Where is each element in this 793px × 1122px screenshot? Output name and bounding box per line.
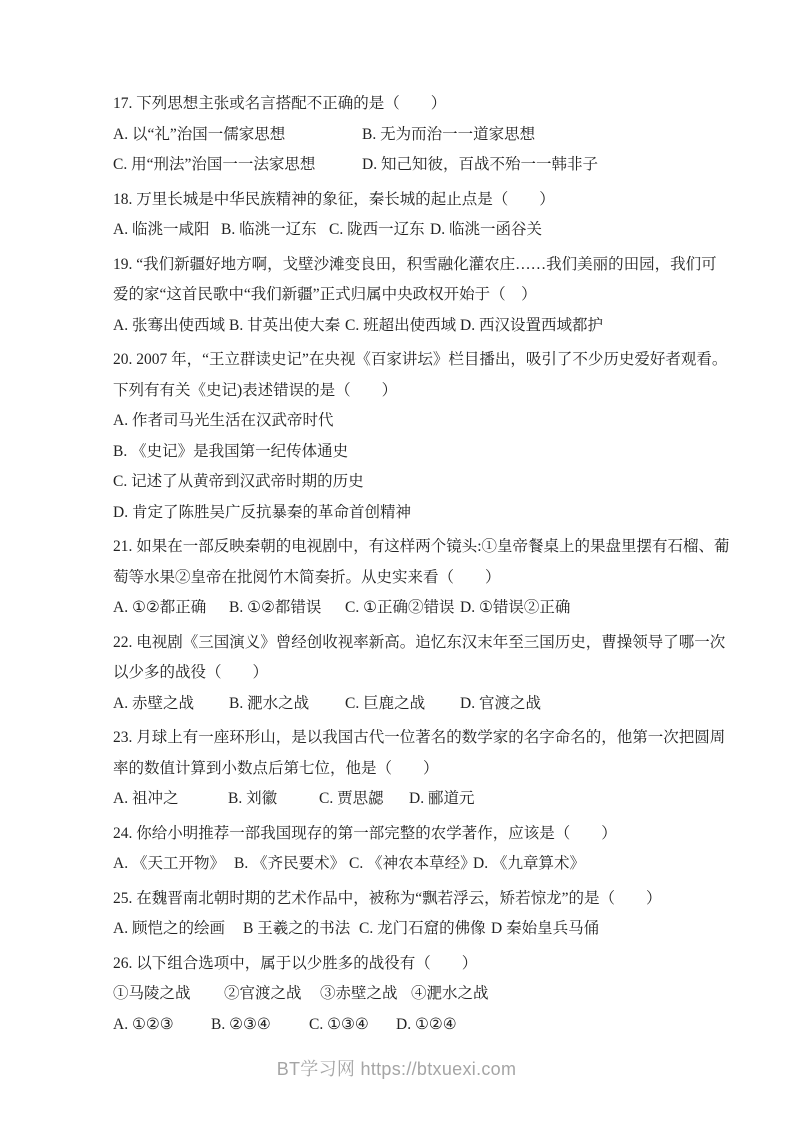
- question-18-options-row: A. 临洮一咸阳 B. 临洮一辽东 C. 陇西一辽东 D. 临洮一函谷关: [113, 215, 713, 246]
- question-26-stem: 26. 以下组合选项中，属于以少胜多的战役有（ ）: [113, 949, 713, 980]
- question-24-options-row: A. 《天工开物》 B. 《齐民要术》 C. 《神农本草经》 D. 《九章算术》: [113, 849, 713, 880]
- question-23-option-d: D. 郦道元: [409, 784, 713, 815]
- question-19: 19. “我们新疆好地方啊，戈壁沙滩变良田，积雪融化灌农庄……我们美丽的田园，我…: [113, 250, 713, 342]
- question-17: 17. 下列思想主张或名言搭配不正确的是（ ） A. 以“礼”治国一儒家思想 B…: [113, 89, 713, 181]
- question-17-options-row-cd: C. 用“刑法”治国一一法家思想 D. 知己知彼，百战不殆一一韩非子: [113, 150, 713, 181]
- question-24-option-c: C. 《神农本草经》: [349, 849, 473, 880]
- question-18-option-b: B. 临洮一辽东: [221, 215, 329, 246]
- question-26-options-row: A. ①②③ B. ②③④ C. ①③④ D. ①②④: [113, 1010, 713, 1041]
- question-24-option-b: B. 《齐民要术》: [234, 849, 349, 880]
- question-24-stem: 24. 你给小明推荐一部我国现存的第一部完整的农学著作，应该是（ ）: [113, 819, 713, 850]
- watermark-text: BT学习网 https://btxuexi.com: [277, 1059, 517, 1079]
- question-22-option-d: D. 官渡之战: [460, 689, 713, 720]
- question-21-options-row: A. ①②都正确 B. ①②都错误 C. ①正确②错误 D. ①错误②正确: [113, 593, 713, 624]
- question-19-stem: 19. “我们新疆好地方啊，戈壁沙滩变良田，积雪融化灌农庄……我们美丽的田园，我…: [113, 250, 713, 311]
- question-17-option-b: B. 无为而治一一道家思想: [362, 120, 713, 151]
- question-22-stem: 22. 电视剧《三国演义》曾经创收视率新高。追忆东汉末年至三国历史，曹操领导了哪…: [113, 628, 713, 689]
- question-18-option-a: A. 临洮一咸阳: [113, 215, 221, 246]
- question-26-item-2: ②官渡之战: [224, 979, 320, 1010]
- question-22-option-c: C. 巨鹿之战: [345, 689, 460, 720]
- question-23-option-c: C. 贾思勰: [319, 784, 409, 815]
- question-19-option-b: B. 甘英出使大秦: [229, 311, 345, 342]
- exam-content: 17. 下列思想主张或名言搭配不正确的是（ ） A. 以“礼”治国一儒家思想 B…: [113, 89, 713, 1040]
- question-19-option-d: D. 西汉设置西域都护: [460, 311, 713, 342]
- question-20-option-b: B. 《史记》是我国第一纪传体通史: [113, 437, 713, 468]
- question-26-option-b: B. ②③④: [211, 1010, 309, 1041]
- question-21: 21. 如果在一部反映秦朝的电视剧中，有这样两个镜头:①皇帝餐桌上的果盘里摆有石…: [113, 532, 713, 624]
- question-25-stem: 25. 在魏晋南北朝时期的艺术作品中，被称为“飘若浮云，矫若惊龙”的是（ ）: [113, 884, 713, 915]
- question-25-option-b: B 王羲之的书法: [243, 914, 359, 945]
- question-21-option-a: A. ①②都正确: [113, 593, 229, 624]
- question-22-option-b: B. 淝水之战: [229, 689, 345, 720]
- question-22: 22. 电视剧《三国演义》曾经创收视率新高。追忆东汉末年至三国历史，曹操领导了哪…: [113, 628, 713, 720]
- question-20-option-c: C. 记述了从黄帝到汉武帝时期的历史: [113, 467, 713, 498]
- question-20-option-d: D. 肯定了陈胜吴广反抗暴秦的革命首创精神: [113, 498, 713, 529]
- question-26: 26. 以下组合选项中，属于以少胜多的战役有（ ） ①马陵之战 ②官渡之战 ③赤…: [113, 949, 713, 1041]
- question-25: 25. 在魏晋南北朝时期的艺术作品中，被称为“飘若浮云，矫若惊龙”的是（ ） A…: [113, 884, 713, 945]
- question-22-option-a: A. 赤壁之战: [113, 689, 229, 720]
- question-23-options-row: A. 祖冲之 B. 刘徽 C. 贾思勰 D. 郦道元: [113, 784, 713, 815]
- question-18: 18. 万里长城是中华民族精神的象征，秦长城的起止点是（ ） A. 临洮一咸阳 …: [113, 185, 713, 246]
- question-23-stem: 23. 月球上有一座环形山，是以我国古代一位著名的数学家的名字命名的，他第一次把…: [113, 723, 713, 784]
- question-21-option-c: C. ①正确②错误: [345, 593, 460, 624]
- question-18-stem: 18. 万里长城是中华民族精神的象征，秦长城的起止点是（ ）: [113, 185, 713, 216]
- question-26-option-a: A. ①②③: [113, 1010, 211, 1041]
- question-17-option-d: D. 知己知彼，百战不殆一一韩非子: [362, 150, 713, 181]
- question-20-option-a: A. 作者司马光生活在汉武帝时代: [113, 406, 713, 437]
- question-24: 24. 你给小明推荐一部我国现存的第一部完整的农学著作，应该是（ ） A. 《天…: [113, 819, 713, 880]
- question-19-options-row: A. 张骞出使西域 B. 甘英出使大秦 C. 班超出使西域 D. 西汉设置西域都…: [113, 311, 713, 342]
- question-19-option-a: A. 张骞出使西域: [113, 311, 229, 342]
- question-26-items-row: ①马陵之战 ②官渡之战 ③赤壁之战 ④淝水之战: [113, 979, 713, 1010]
- question-23: 23. 月球上有一座环形山，是以我国古代一位著名的数学家的名字命名的，他第一次把…: [113, 723, 713, 815]
- question-23-option-b: B. 刘徽: [228, 784, 319, 815]
- question-17-option-a: A. 以“礼”治国一儒家思想: [113, 120, 362, 151]
- question-22-options-row: A. 赤壁之战 B. 淝水之战 C. 巨鹿之战 D. 官渡之战: [113, 689, 713, 720]
- question-26-item-4: ④淝水之战: [411, 979, 713, 1010]
- question-25-option-d: D 秦始皇兵马俑: [491, 914, 713, 945]
- question-17-stem: 17. 下列思想主张或名言搭配不正确的是（ ）: [113, 89, 713, 120]
- question-25-options-row: A. 顾恺之的绘画 B 王羲之的书法 C. 龙门石窟的佛像 D 秦始皇兵马俑: [113, 914, 713, 945]
- question-18-option-c: C. 陇西一辽东: [329, 215, 430, 246]
- question-19-option-c: C. 班超出使西域: [345, 311, 460, 342]
- question-23-option-a: A. 祖冲之: [113, 784, 228, 815]
- question-25-option-a: A. 顾恺之的绘画: [113, 914, 243, 945]
- question-24-option-d: D. 《九章算术》: [473, 849, 713, 880]
- question-17-option-c: C. 用“刑法”治国一一法家思想: [113, 150, 362, 181]
- question-26-item-3: ③赤壁之战: [320, 979, 411, 1010]
- question-26-item-1: ①马陵之战: [113, 979, 224, 1010]
- exam-page: 17. 下列思想主张或名言搭配不正确的是（ ） A. 以“礼”治国一儒家思想 B…: [0, 0, 793, 1122]
- question-21-option-b: B. ①②都错误: [229, 593, 345, 624]
- question-24-option-a: A. 《天工开物》: [113, 849, 234, 880]
- question-18-option-d: D. 临洮一函谷关: [430, 215, 713, 246]
- question-21-stem: 21. 如果在一部反映秦朝的电视剧中，有这样两个镜头:①皇帝餐桌上的果盘里摆有石…: [113, 532, 713, 593]
- question-26-option-c: C. ①③④: [309, 1010, 396, 1041]
- watermark: BT学习网 https://btxuexi.com: [0, 1057, 793, 1081]
- question-26-option-d: D. ①②④: [396, 1010, 713, 1041]
- question-20-stem: 20. 2007 年，“王立群读史记”在央视《百家讲坛》栏目播出，吸引了不少历史…: [113, 345, 713, 406]
- question-20: 20. 2007 年，“王立群读史记”在央视《百家讲坛》栏目播出，吸引了不少历史…: [113, 345, 713, 528]
- question-17-options-row-ab: A. 以“礼”治国一儒家思想 B. 无为而治一一道家思想: [113, 120, 713, 151]
- question-25-option-c: C. 龙门石窟的佛像: [359, 914, 491, 945]
- question-21-option-d: D. ①错误②正确: [460, 593, 713, 624]
